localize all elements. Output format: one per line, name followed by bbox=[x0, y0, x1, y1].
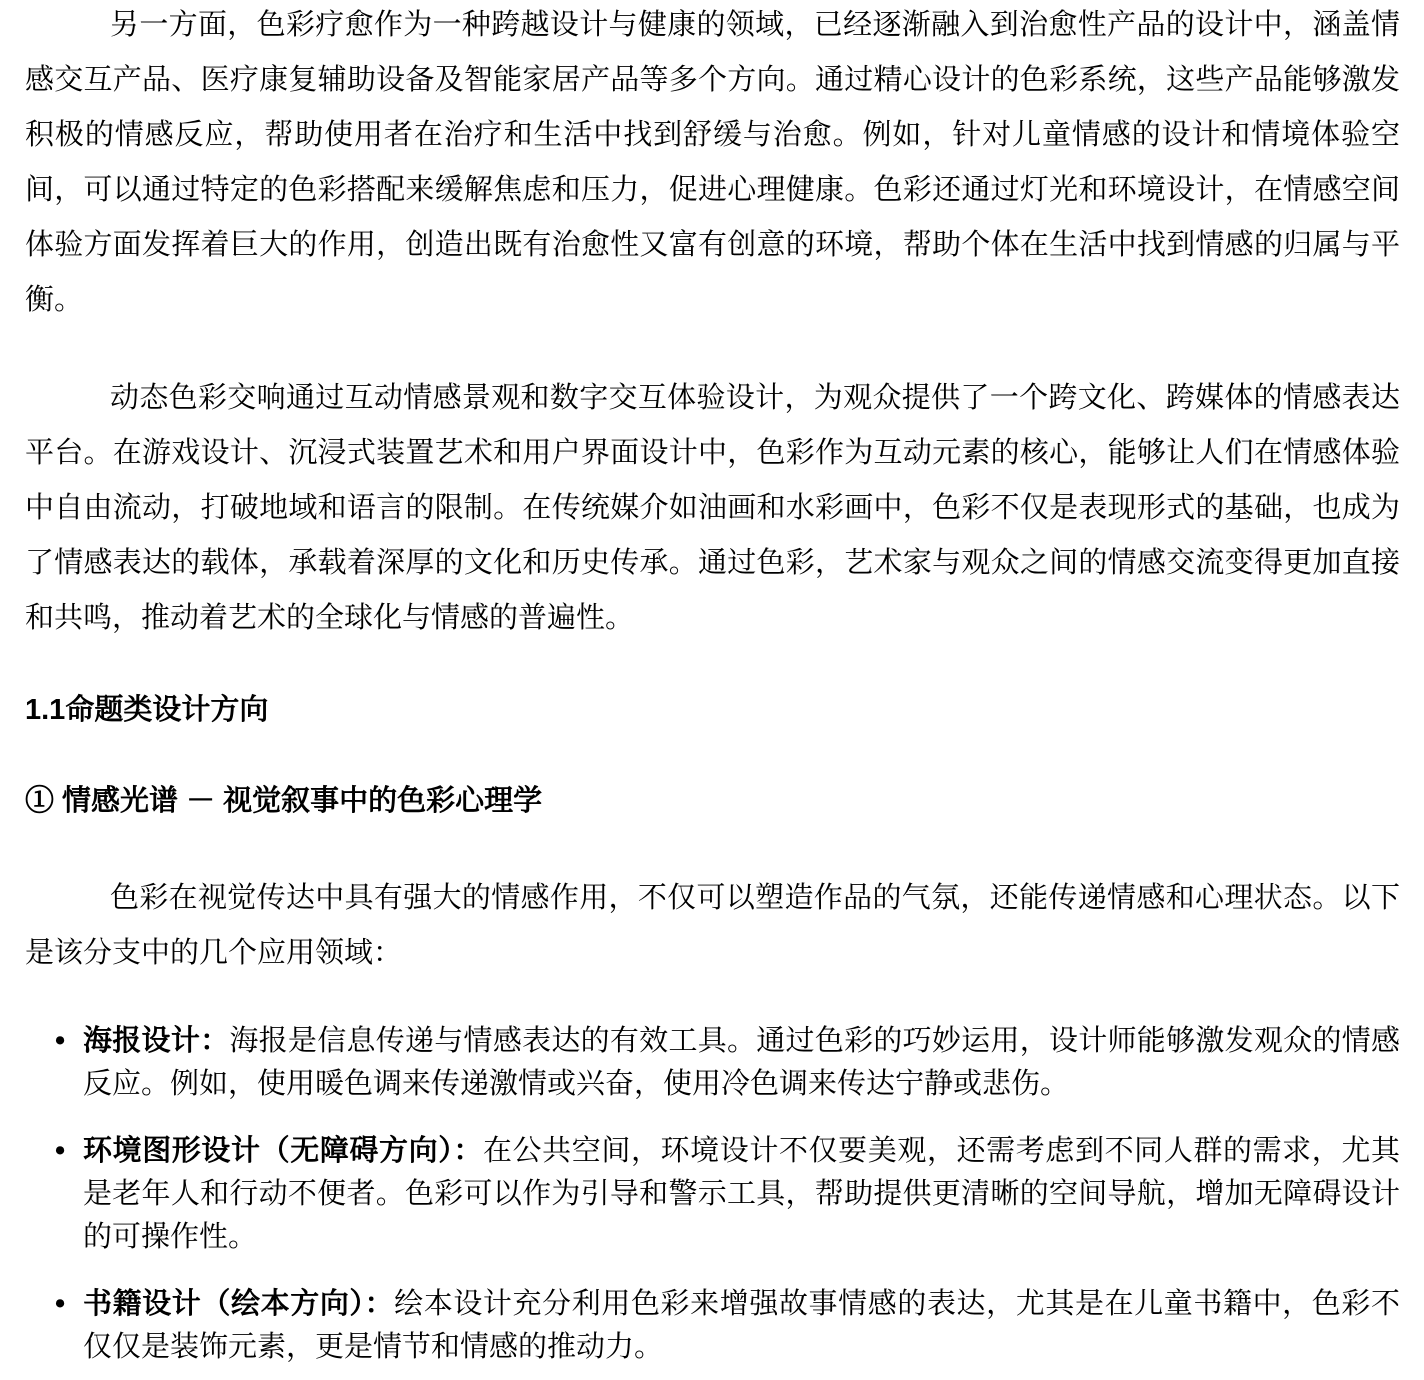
paragraph-intro-application-areas: 色彩在视觉传达中具有强大的情感作用，不仅可以塑造作品的气氛，还能传递情感和心理状… bbox=[25, 871, 1400, 981]
paragraph-color-therapy: 另一方面，色彩疗愈作为一种跨越设计与健康的领域，已经逐渐融入到治愈性产品的设计中… bbox=[25, 0, 1400, 328]
bullet-icon: • bbox=[55, 1020, 65, 1063]
list-item-book-design: •书籍设计（绘本方向）：绘本设计充分利用色彩来增强故事情感的表达，尤其是在儿童书… bbox=[83, 1283, 1400, 1369]
paragraph-dynamic-color-symphony: 动态色彩交响通过互动情感景观和数字交互体验设计，为观众提供了一个跨文化、跨媒体的… bbox=[25, 371, 1400, 646]
bullet-label: 环境图形设计（无障碍方向）： bbox=[83, 1135, 483, 1167]
bullet-label: 海报设计： bbox=[83, 1025, 229, 1057]
document-page: 另一方面，色彩疗愈作为一种跨越设计与健康的领域，已经逐渐融入到治愈性产品的设计中… bbox=[0, 0, 1424, 1369]
bullet-icon: • bbox=[55, 1283, 65, 1326]
bullet-icon: • bbox=[55, 1130, 65, 1173]
list-item-poster-design: •海报设计：海报是信息传递与情感表达的有效工具。通过色彩的巧妙运用，设计师能够激… bbox=[83, 1020, 1400, 1106]
list-item-environmental-graphic-design: •环境图形设计（无障碍方向）：在公共空间，环境设计不仅要美观，还需考虑到不同人群… bbox=[83, 1130, 1400, 1259]
subsection-heading-emotion-spectrum: ① 情感光谱 － 视觉叙事中的色彩心理学 bbox=[25, 774, 1400, 829]
section-heading-design-directions: 1.1命题类设计方向 bbox=[25, 683, 1400, 738]
bullet-text: 海报是信息传递与情感表达的有效工具。通过色彩的巧妙运用，设计师能够激发观众的情感… bbox=[83, 1025, 1400, 1100]
bullet-list: •海报设计：海报是信息传递与情感表达的有效工具。通过色彩的巧妙运用，设计师能够激… bbox=[25, 1020, 1400, 1369]
bullet-label: 书籍设计（绘本方向）： bbox=[83, 1288, 394, 1320]
